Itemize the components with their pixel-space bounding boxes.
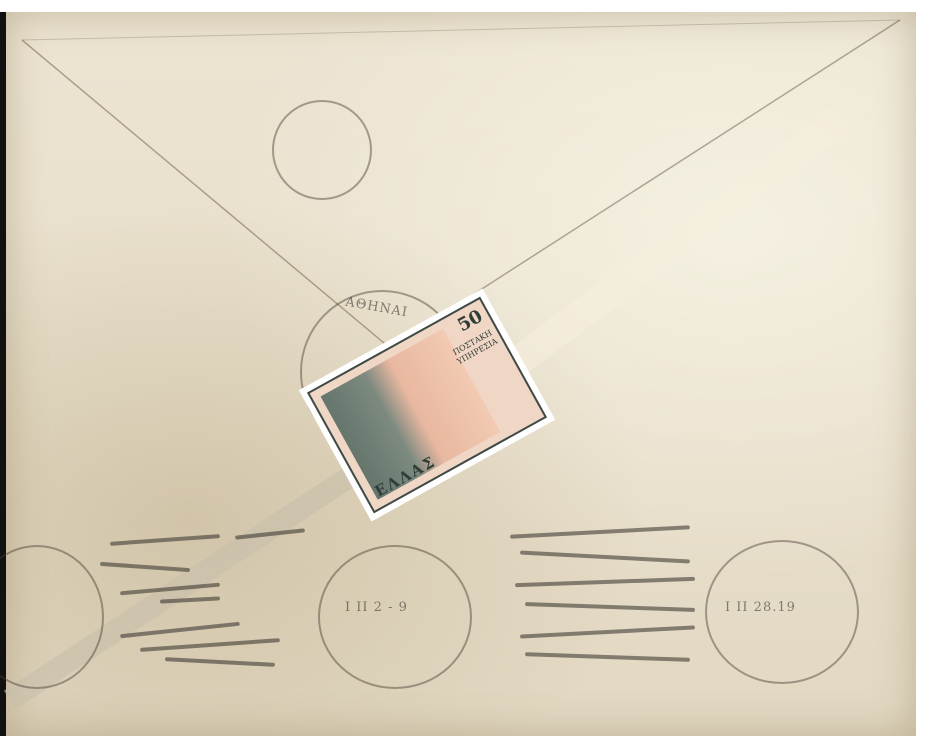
lower-middle-postmark-date: I II 2 - 9 <box>345 600 408 615</box>
lower-right-postmark-date: I II 28.19 <box>725 600 796 615</box>
top-postmark <box>272 100 372 200</box>
stamp-legend: ΠΟΣΤΑΚΗ ΥΠΗΡΕΣΙΑ <box>450 328 500 368</box>
lower-middle-postmark <box>318 545 472 689</box>
envelope-scan: ΑΘΗΝΑΙ I II 2 - 9 I II 28.19 ΕΛΛΑΣ 50 ΠΟ… <box>0 0 925 753</box>
